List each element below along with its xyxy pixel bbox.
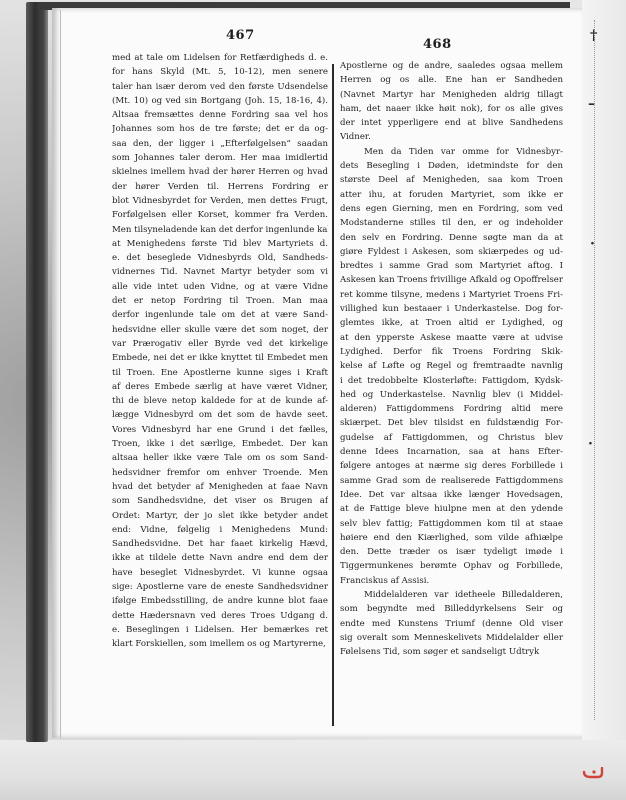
text-line: hedsvidner fremfor om enhver Troende. Me…: [112, 466, 328, 480]
text-line: have beseglet Vidnesbyrdet. Vi kunne ogs…: [112, 566, 328, 580]
text-line: taler han især derom ved den første Udse…: [112, 80, 328, 94]
text-line: e. Beseglingen i Lidelsen. Her bemærkes …: [112, 623, 328, 637]
page-number-left: 467: [226, 28, 255, 43]
text-line: Askesen kan Troens frivillige Afkald og …: [340, 273, 563, 287]
text-line: Vores Vidnesbyrd har ene Grund i det fæl…: [112, 423, 328, 437]
margin-mark: –: [588, 96, 595, 112]
text-line: som Sandhedsvidne, det viser os Brugen a…: [112, 494, 328, 508]
text-line: Følelsens Tid, som søger et sandseligt U…: [340, 645, 563, 659]
text-line: samme Grad som de realiserede Fattigdomm…: [340, 474, 563, 488]
text-line: e. det beseglede Vidnesbyrds Old, Sandhe…: [112, 251, 328, 265]
page-edge-line: [60, 10, 61, 738]
text-line: den selv en Fordring. Denne søgte man da…: [340, 231, 563, 245]
text-line: ifølge Embedsstilling, de andre kunne bl…: [112, 594, 328, 608]
scanner-bed-bottom: [0, 740, 626, 800]
text-line: Franciskus af Assisi.: [340, 574, 563, 588]
text-line: i det tredobbelte Klosterløfte: Fattigdo…: [340, 374, 563, 388]
text-line: følgere antoges at nærme sig deres Forbi…: [340, 459, 563, 473]
text-line: gudelse af Fattigdommen, og Christus ble…: [340, 431, 563, 445]
text-line: Apostlerne og de andre, saaledes ogsaa m…: [340, 59, 563, 73]
text-line: hvad det betyder af Menigheden at faae N…: [112, 480, 328, 494]
text-line: bredtes i samme Grad som Martyriet aftog…: [340, 259, 563, 273]
text-line: alle vide intet uden Vidne, og at være V…: [112, 280, 328, 294]
text-line: endte med Kunstens Triumf (denne Old vis…: [340, 617, 563, 631]
text-line: thi de bleve netop kaldede for at de kun…: [112, 394, 328, 408]
text-line: blot Vidnesbyrdet for Verden, men dettes…: [112, 194, 328, 208]
text-line: dens egen Gierning, men en Fordring, som…: [340, 202, 563, 216]
text-line: lægge Vidnesbyrd om det som de havde see…: [112, 408, 328, 422]
text-line: Forfølgelsen eller Korset, kommer fra Ve…: [112, 208, 328, 222]
text-column-right: Apostlerne og de andre, saaledes ogsaa m…: [340, 59, 563, 659]
text-line: sige: Apostlerne vare de eneste Sandheds…: [112, 580, 328, 594]
text-line: hed og Underkastelse. Navnlig blev (i Mi…: [340, 388, 563, 402]
column-divider: [332, 64, 334, 726]
text-line: atter ihu, at foruden Martyriet, som ikk…: [340, 188, 563, 202]
text-line: ikke at tildele dette Navn andre end dem…: [112, 551, 328, 565]
text-line: altsaa heller ikke være Tale om os som S…: [112, 451, 328, 465]
text-line: den. Dette træder os især tydeligt imøde…: [340, 545, 563, 559]
text-line: skielnes imellem hvad der hører Herren o…: [112, 165, 328, 179]
text-line: Herren og os alle. Ene han er Sandheden: [340, 73, 563, 87]
text-line: selv blev fattig; Fattigdommen kom til a…: [340, 517, 563, 531]
text-line: klart Forskiellen, som imellem os og Mar…: [112, 637, 328, 651]
text-line: Idee. Det var altsaa ikke længer Hovedsa…: [340, 488, 563, 502]
text-line: Embede, nei det er ikke knyttet til Embe…: [112, 351, 328, 365]
text-line: alderen) Fattigdommens Fordring altid me…: [340, 402, 563, 416]
text-line: Johannes som hos de tre første; det er d…: [112, 122, 328, 136]
text-line: med at tale om Lidelsen for Retfærdighed…: [112, 51, 328, 65]
text-line: dets Besegling i Døden, idetmindste for …: [340, 159, 563, 173]
text-line: Altsaa fremsættes denne Fordring saa vel…: [112, 108, 328, 122]
text-line: som begyndte med Billeddyrkelsens Seir o…: [340, 602, 563, 616]
text-line: var Prærogativ eller Byrde ved det kirke…: [112, 337, 328, 351]
text-line: til Troen. Ene Apostlerne kunne siges i …: [112, 366, 328, 380]
adjacent-page-marks: [594, 20, 599, 720]
text-line: Men da Tiden var omme for Vidnesbyr-: [340, 145, 563, 159]
text-line: ret komme tilsyne, medens i Martyriet Tr…: [340, 288, 563, 302]
text-column-left: med at tale om Lidelsen for Retfærdighed…: [112, 51, 328, 651]
margin-mark: ·: [588, 436, 593, 452]
text-line: Men tilsyneladende kan det derfor ingenl…: [112, 223, 328, 237]
text-line: for hans Skyld (Mt. 5, 10-12), men sener…: [112, 65, 328, 79]
text-line: der hører Verden til. Herrens Fordring e…: [112, 180, 328, 194]
book-binding-shadow: [26, 2, 48, 742]
text-line: Tiggermunkenes berømte Ophav og Forbille…: [340, 559, 563, 573]
scanner-watermark-icon: [582, 767, 604, 779]
text-line: som Johannes taler derom. Her maa imidle…: [112, 151, 328, 165]
text-line: høiere end den Kiærlighed, som vilde afh…: [340, 531, 563, 545]
text-line: denne Idees Incarnation, saa at hans Eft…: [340, 445, 563, 459]
page-number-right: 468: [423, 37, 452, 52]
text-line: sig overalt som Menneskelivets Middelald…: [340, 631, 563, 645]
text-line: derfor ingenlunde tale om det at være Sa…: [112, 308, 328, 322]
text-line: (Mt. 10) og ved sin Bortgang (Joh. 15, 1…: [112, 94, 328, 108]
text-line: villighed kun bestaaer i Underkastelse. …: [340, 302, 563, 316]
text-line: glemtes ikke, at Troen altid er Lydighed…: [340, 316, 563, 330]
text-line: end: Vidne, følgelig i Menighedens Mund:: [112, 523, 328, 537]
text-line: hedsvidne eller skulle være det som noge…: [112, 323, 328, 337]
text-line: saa den, der ligger i „Efterfølgelsen“ s…: [112, 137, 328, 151]
text-line: Modstanderne stilles til den, er og inde…: [340, 216, 563, 230]
text-line: Vidner.: [340, 130, 563, 144]
text-line: giøre Fyldest i Askesen, som skiærpedes …: [340, 245, 563, 259]
text-line: ham, det naaer ikke høit nok), for os al…: [340, 102, 563, 116]
text-line: det er netop Fordring til Troen. Man maa: [112, 294, 328, 308]
text-line: største Deel af Menigheden, saa kom Troe…: [340, 173, 563, 187]
text-line: skiærpet. Det blev tilsidst en fuldstænd…: [340, 416, 563, 430]
text-line: Middelalderen var idetheele Billedaldere…: [340, 588, 563, 602]
text-line: kelse af Løfte og Regel og fremtraadte n…: [340, 359, 563, 373]
text-line: (Navnet Martyr har Menigheden aldrig til…: [340, 88, 563, 102]
text-line: Ordet: Martyr, der jo slet ikke betyder …: [112, 509, 328, 523]
text-line: dette Hædersnavn ved deres Troes Udgang …: [112, 609, 328, 623]
text-line: at den ypperste Askese maatte være at ud…: [340, 331, 563, 345]
text-line: at Menighedens første Tid blev Martyriet…: [112, 237, 328, 251]
margin-mark: ·: [590, 236, 595, 252]
text-line: at de Fattige bleve hiulpne men at den y…: [340, 502, 563, 516]
text-line: Sandhedsvidne. Det har faaet kirkelig Hæ…: [112, 537, 328, 551]
margin-mark: †: [590, 28, 597, 44]
text-line: Lydighed. Derfor fik Troens Fordring Ski…: [340, 345, 563, 359]
text-line: der intet ypperligere end at blive Sandh…: [340, 116, 563, 130]
text-line: af deres Embede særlig at have været Vid…: [112, 380, 328, 394]
text-line: Troen, ikke i det særlige, Embedet. Der …: [112, 437, 328, 451]
text-line: vidnernes Tid. Navnet Martyr betyder som…: [112, 265, 328, 279]
